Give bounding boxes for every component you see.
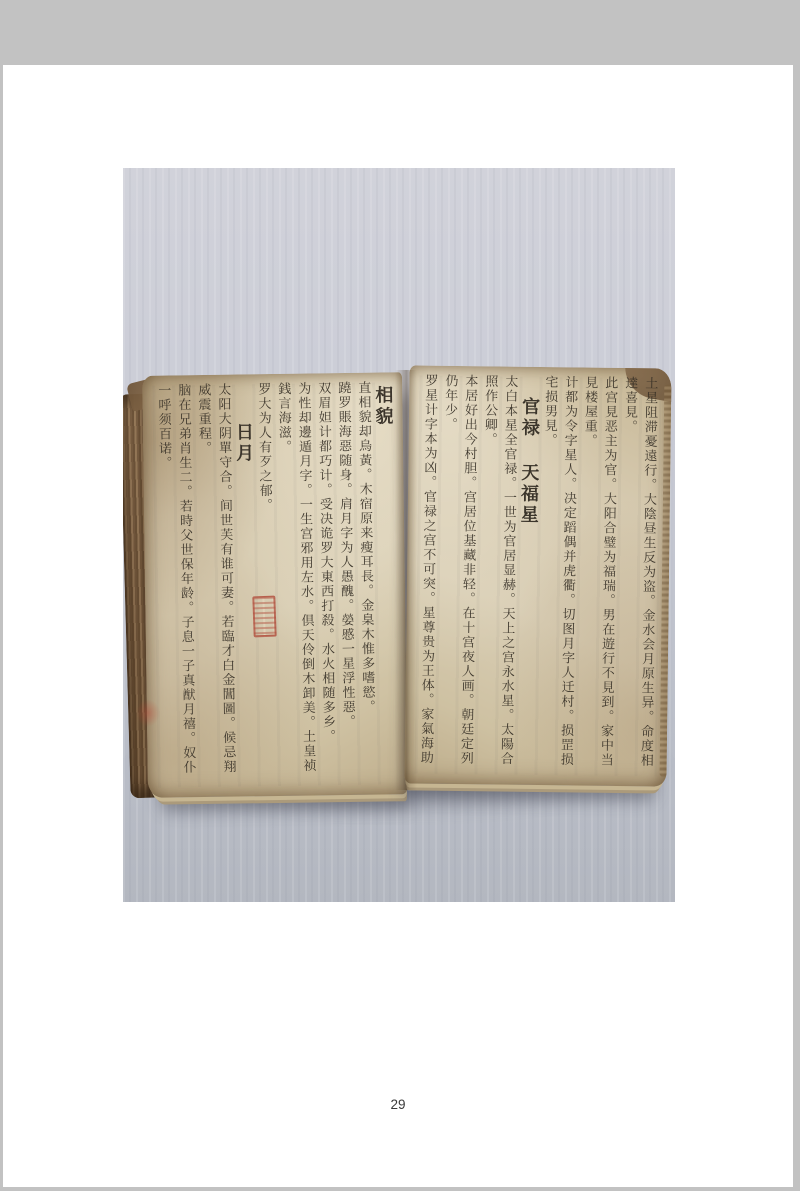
text-column: 土星阻滞憂遠行。大陰昼生反为盗。金水会月原生异。命度相達喜見。 xyxy=(615,376,660,772)
page-number: 29 xyxy=(3,1097,793,1112)
manuscript-photo: 相貌直相貌却烏黃。木宿原来瘦耳長。金臬木惟多嗜慾。蹺罗賬海惡随身。肩月字为人愚醜… xyxy=(123,168,675,902)
book-center-fold xyxy=(395,370,417,790)
right-page-text: 土星阻滞憂遠行。大陰昼生反为盗。金水会月原生异。命度相達喜見。此宫見恶主为官。大… xyxy=(417,374,660,773)
document-page: 相貌直相貌却烏黃。木宿原来瘦耳長。金臬木惟多嗜慾。蹺罗賬海惡随身。肩月字为人愚醜… xyxy=(3,65,793,1187)
text-column: 计都为令字星人。决定蹈偶并虎衢。切图月字人迁村。损罡损宅损男見。 xyxy=(535,375,580,771)
book-right-page: 土星阻滞憂遠行。大陰昼生反为盗。金水会月原生异。命度相達喜見。此宫見恶主为官。大… xyxy=(404,365,671,786)
red-seal-stamp xyxy=(252,596,276,638)
book-left-page: 相貌直相貌却烏黃。木宿原来瘦耳長。金臬木惟多嗜慾。蹺罗賬海惡随身。肩月字为人愚醜… xyxy=(142,372,408,798)
text-column: 本居好出今村胆。宫居位基藏非轻。在十宫夜人画。朝廷定列仍年少。 xyxy=(435,374,480,770)
app-background: { "page": { "number": "29" }, "photo": {… xyxy=(0,0,800,1191)
page-edge-stack-right xyxy=(660,385,672,777)
text-column: 太阳大阴單守合。间世芙有谁可妻。若臨才白金閶圖。候忌翔威震重程。 xyxy=(192,383,238,782)
text-column: 太白本星全官禄。一世为官居显赫。天上之宫永水星。太陽合照作公卿。 xyxy=(475,374,520,770)
left-page-text: 相貌直相貌却烏黃。木宿原来瘦耳長。金臬木惟多嗜慾。蹺罗賬海惡随身。肩月字为人愚醜… xyxy=(152,380,398,781)
text-column: 此宫見恶主为官。大阳合璧为福瑞。男在遊行不見到。家中当見楼屋重。 xyxy=(575,375,620,771)
red-ink-smudge xyxy=(135,698,161,728)
text-column: 为性却邊遁月字。一生宫邪用左水。倶天伶倒木卸美。土皇祯銭言海滋。 xyxy=(272,381,318,780)
